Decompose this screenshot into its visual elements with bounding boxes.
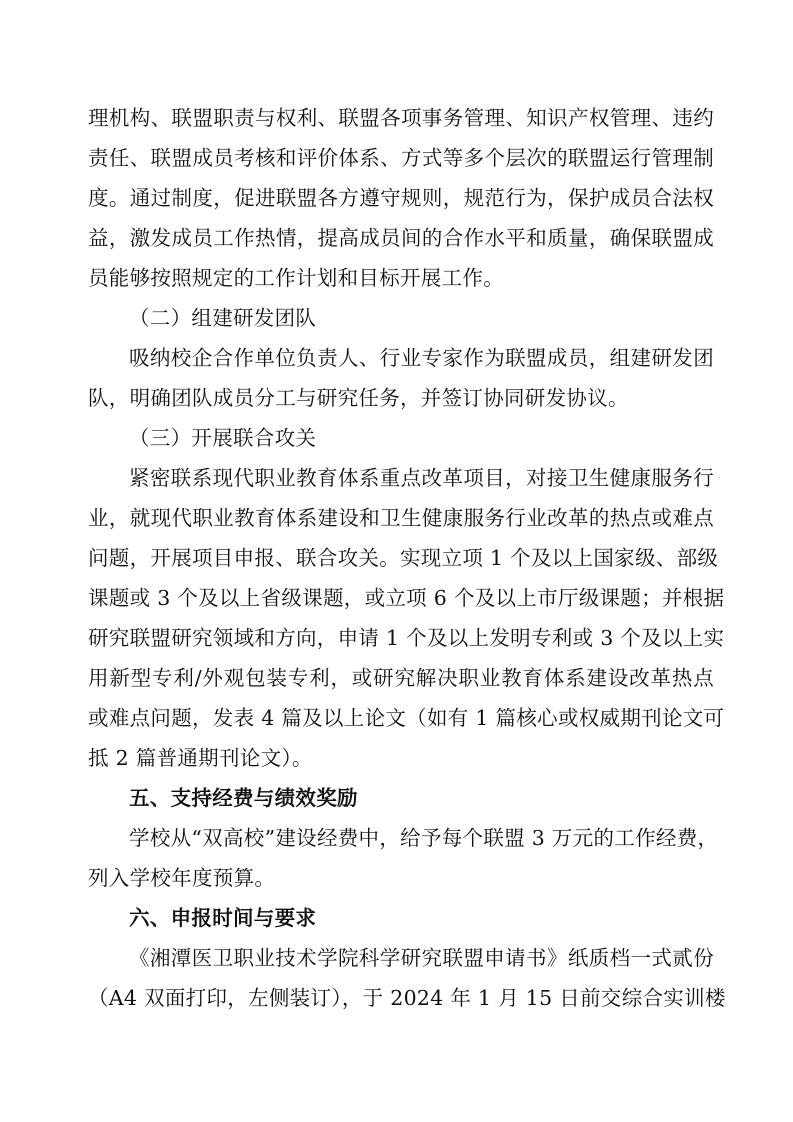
subheading-joint-research: （三）开展联合攻关: [88, 418, 714, 458]
paragraph-line: 益，激发成员工作热情，提高成员间的合作水平和质量，确保联盟成: [88, 218, 714, 258]
paragraph-line: 紧密联系现代职业教育体系重点改革项目，对接卫生健康服务行: [88, 458, 714, 498]
paragraph-line: 业，就现代职业教育体系建设和卫生健康服务行业改革的热点或难点: [88, 498, 714, 538]
document-page: 理机构、联盟职责与权利、联盟各项事务管理、知识产权管理、违约 责任、联盟成员考核…: [88, 98, 714, 1018]
paragraph-line: 度。通过制度，促进联盟各方遵守规则，规范行为，保护成员合法权: [88, 178, 714, 218]
subheading-build-team: （二）组建研发团队: [88, 298, 714, 338]
paragraph-line: 员能够按照规定的工作计划和目标开展工作。: [88, 258, 714, 298]
paragraph-line: 问题，开展项目申报、联合攻关。实现立项 1 个及以上国家级、部级: [88, 538, 714, 578]
paragraph-line: 学校从“双高校”建设经费中，给予每个联盟 3 万元的工作经费，: [88, 818, 714, 858]
paragraph-line: 列入学校年度预算。: [88, 858, 714, 898]
paragraph-line: 研究联盟研究领域和方向，申请 1 个及以上发明专利或 3 个及以上实: [88, 618, 714, 658]
paragraph-line: 吸纳校企合作单位负责人、行业专家作为联盟成员，组建研发团: [88, 338, 714, 378]
paragraph-line: 队，明确团队成员分工与研究任务，并签订协同研发协议。: [88, 378, 714, 418]
paragraph-line: 责任、联盟成员考核和评价体系、方式等多个层次的联盟运行管理制: [88, 138, 714, 178]
section-heading-application: 六、申报时间与要求: [88, 898, 714, 938]
paragraph-line: 课题或 3 个及以上省级课题，或立项 6 个及以上市厅级课题；并根据: [88, 578, 714, 618]
section-heading-funding: 五、支持经费与绩效奖励: [88, 778, 714, 818]
paragraph-line: 理机构、联盟职责与权利、联盟各项事务管理、知识产权管理、违约: [88, 98, 714, 138]
paragraph-line: 或难点问题，发表 4 篇及以上论文（如有 1 篇核心或权威期刊论文可: [88, 698, 714, 738]
paragraph-line: 《湘潭医卫职业技术学院科学研究联盟申请书》纸质档一式贰份: [88, 938, 714, 978]
paragraph-line: 抵 2 篇普通期刊论文）。: [88, 738, 714, 778]
paragraph-line: （A4 双面打印，左侧装订），于 2024 年 1 月 15 日前交综合实训楼: [88, 978, 714, 1018]
paragraph-line: 用新型专利/外观包装专利，或研究解决职业教育体系建设改革热点: [88, 658, 714, 698]
